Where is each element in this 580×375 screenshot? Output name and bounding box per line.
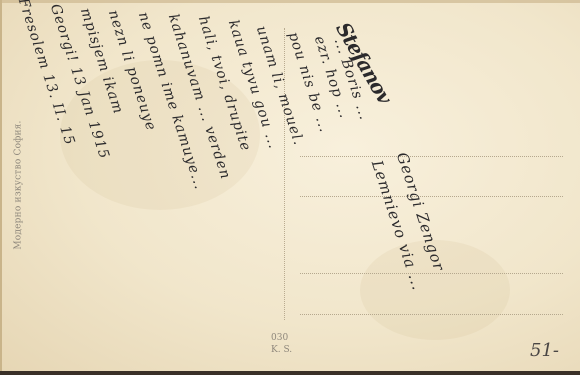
address-line <box>300 156 563 157</box>
publisher-imprint: Модерно изкуство София. <box>14 120 24 249</box>
address-line <box>300 314 563 315</box>
card-edge-bottom <box>0 371 580 375</box>
postcard: Модерно изкуство София. 030 K. S. Fresol… <box>0 0 580 375</box>
center-divider <box>284 28 285 320</box>
series-number: 030 <box>271 333 288 343</box>
price-mark: 51- <box>530 340 559 361</box>
publisher-initials: K. S. <box>271 345 292 355</box>
card-edge-left <box>0 0 2 375</box>
card-edge-top <box>0 0 580 3</box>
address-line <box>300 196 563 197</box>
